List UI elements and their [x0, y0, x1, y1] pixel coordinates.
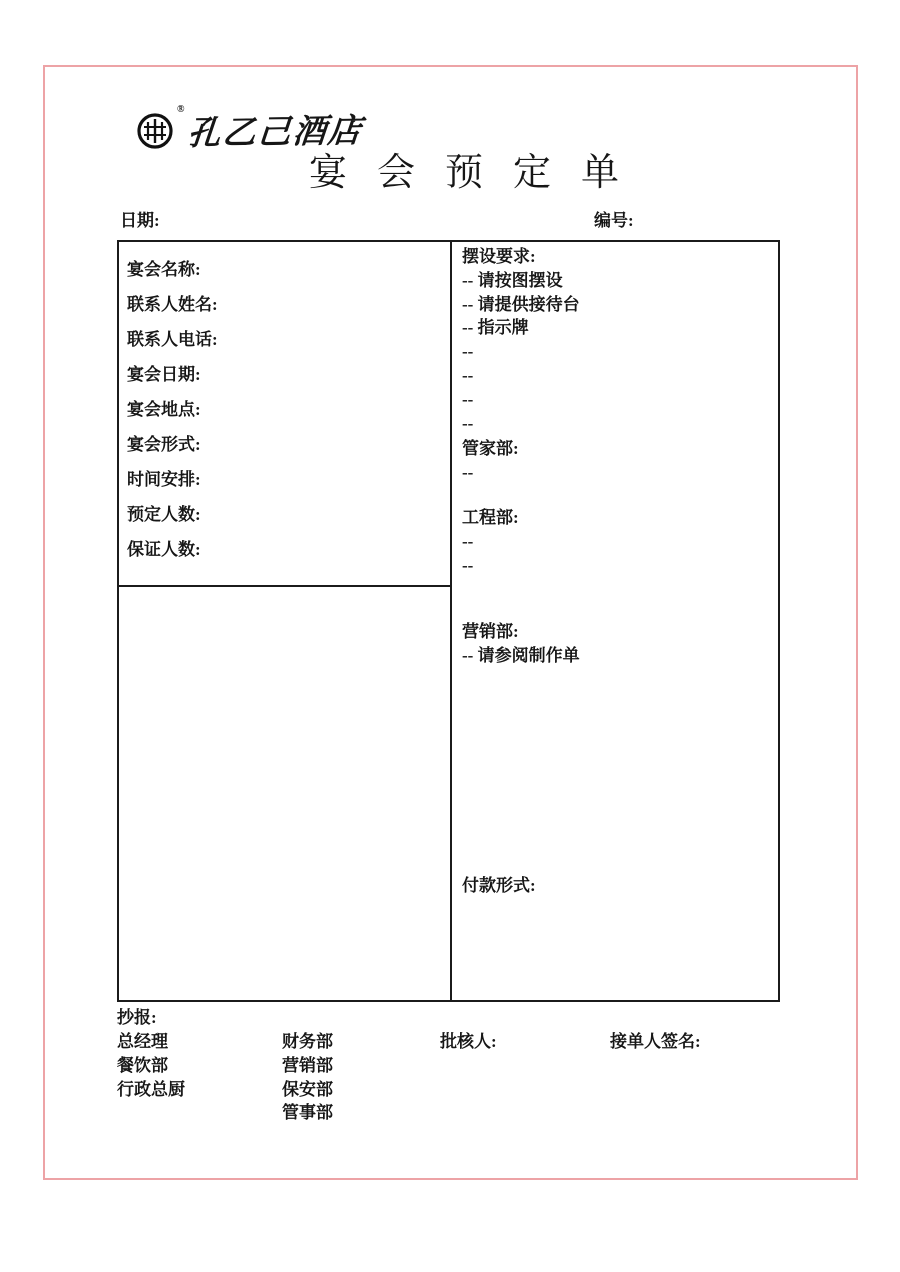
- registered-trademark-mark: ®: [177, 104, 184, 115]
- housekeeping-heading: 管家部:: [462, 437, 519, 461]
- engineering-item: --: [462, 554, 519, 578]
- field-label-schedule: 时间安排:: [127, 471, 218, 489]
- setup-requirements-heading: 摆设要求:: [462, 245, 580, 269]
- left-fields-list: 宴会名称: 联系人姓名: 联系人电话: 宴会日期: 宴会地点: 宴会形式: 时间…: [127, 261, 218, 576]
- marketing-heading: 营销部:: [462, 620, 580, 644]
- field-label-banquet-date: 宴会日期:: [127, 366, 218, 384]
- setup-item: --: [462, 388, 580, 412]
- copy-to-steward-dept: 管事部: [282, 1103, 333, 1122]
- approver-label: 批核人:: [440, 1032, 497, 1051]
- banquet-reservation-form-page: ® 孔乙己酒店 宴会预定单 日期: 编号: 宴会名称: 联系人姓名: 联系人电话…: [0, 0, 900, 1272]
- field-label-guaranteed-guests: 保证人数:: [127, 541, 218, 559]
- page-title: 宴会预定单: [309, 141, 649, 196]
- housekeeping-section: 管家部: --: [462, 437, 519, 485]
- marketing-item: -- 请参阅制作单: [462, 644, 580, 668]
- field-label-expected-guests: 预定人数:: [127, 506, 218, 524]
- copy-to-security-dept: 保安部: [282, 1080, 333, 1099]
- receiver-signature-label: 接单人签名:: [610, 1032, 701, 1051]
- setup-item: -- 请提供接待台: [462, 293, 580, 317]
- copy-to-food-beverage-dept: 餐饮部: [117, 1056, 168, 1075]
- setup-requirements-section: 摆设要求: -- 请按图摆设 -- 请提供接待台 -- 指示牌 -- -- --…: [462, 245, 580, 435]
- form-table: 宴会名称: 联系人姓名: 联系人电话: 宴会日期: 宴会地点: 宴会形式: 时间…: [117, 240, 780, 1002]
- field-label-contact-phone: 联系人电话:: [127, 331, 218, 349]
- copy-to-label: 抄报:: [117, 1008, 157, 1027]
- marketing-section: 营销部: -- 请参阅制作单: [462, 620, 580, 668]
- engineering-item: --: [462, 530, 519, 554]
- engineering-heading: 工程部:: [462, 506, 519, 530]
- setup-item: --: [462, 364, 580, 388]
- table-vertical-divider: [450, 242, 452, 1000]
- copy-to-executive-chef: 行政总厨: [117, 1080, 185, 1099]
- copy-to-marketing-dept: 营销部: [282, 1056, 333, 1075]
- field-label-contact-name: 联系人姓名:: [127, 296, 218, 314]
- date-label: 日期:: [120, 211, 160, 230]
- setup-item: -- 指示牌: [462, 316, 580, 340]
- copy-to-general-manager: 总经理: [117, 1032, 168, 1051]
- field-label-banquet-style: 宴会形式:: [127, 436, 218, 454]
- copy-to-finance-dept: 财务部: [282, 1032, 333, 1051]
- setup-item: -- 请按图摆设: [462, 269, 580, 293]
- setup-item: --: [462, 412, 580, 436]
- setup-item: --: [462, 340, 580, 364]
- housekeeping-item: --: [462, 461, 519, 485]
- hotel-seal-icon: [136, 112, 174, 155]
- engineering-section: 工程部: -- --: [462, 506, 519, 577]
- payment-method-label: 付款形式:: [462, 874, 536, 898]
- field-label-banquet-name: 宴会名称:: [127, 261, 218, 279]
- payment-method-section: 付款形式:: [462, 874, 536, 898]
- field-label-banquet-venue: 宴会地点:: [127, 401, 218, 419]
- number-label: 编号:: [594, 211, 634, 230]
- table-left-horizontal-divider: [119, 585, 450, 587]
